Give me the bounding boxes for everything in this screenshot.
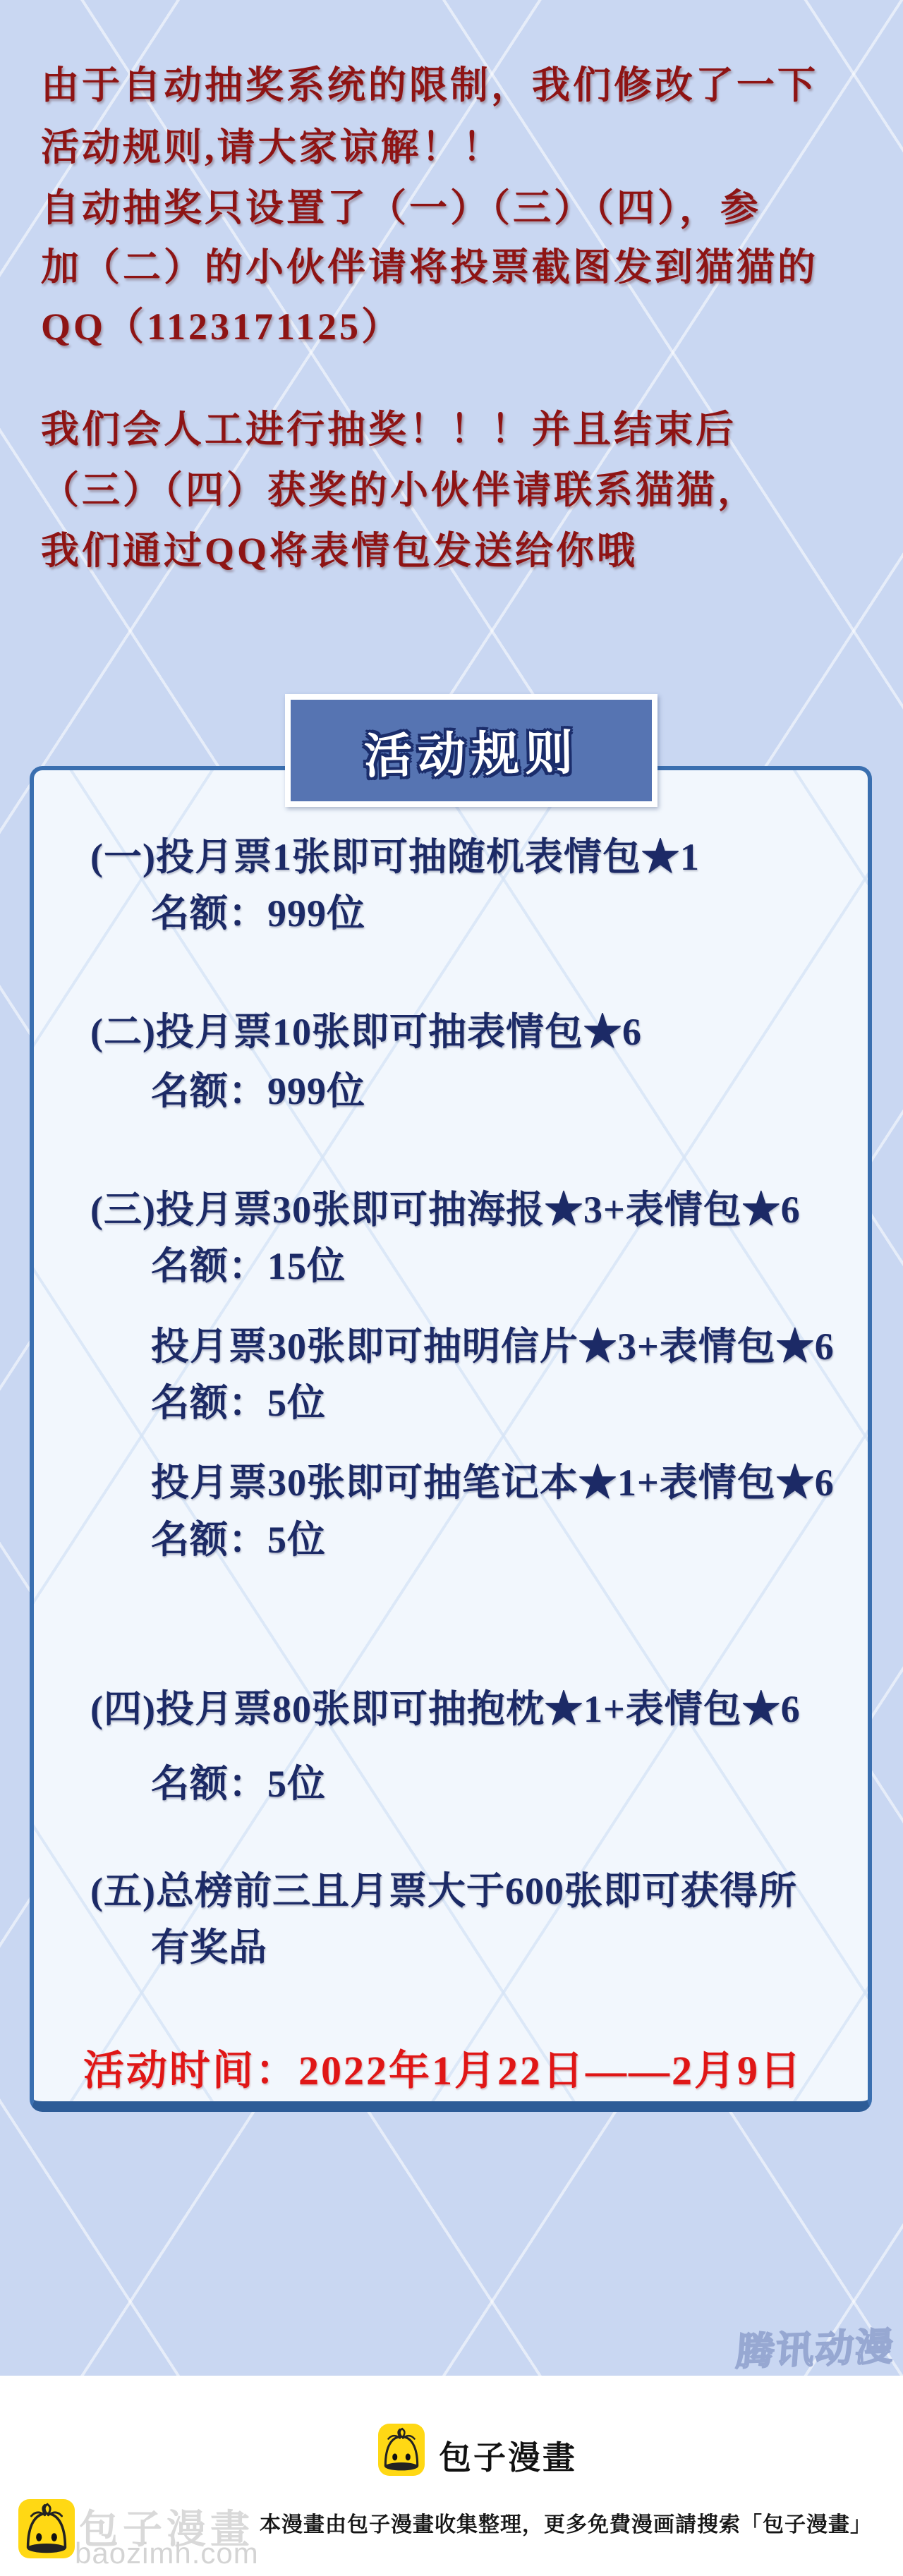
announcement-page: 由于自动抽奖系统的限制，我们修改了一下 活动规则,请大家谅解！！ 自动抽奖只设置… [0,0,903,2576]
rules-header-title: 活动规则 [363,715,579,786]
rule-item-4-title: (四)投月票80张即可抽抱枕★1+表情包★6 [90,1689,801,1730]
rule-item-3b-title: 投月票30张即可抽明信片★3+表情包★6 [151,1326,835,1368]
intro-line-8: 我们通过QQ将表情包发送给你哦 [41,530,638,572]
intro-line-4: 加（二）的小伙伴请将投票截图发到猫猫的 [41,247,818,288]
intro-line-1: 由于自动抽奖系统的限制，我们修改了一下 [41,65,818,107]
rule-item-5-quota: 有奖品 [151,1927,267,1969]
rule-item-3c-quota: 名额：5位 [151,1519,326,1561]
event-time-text: 活动时间：2022年1月22日——2月9日 [83,2037,803,2096]
baozi-corner-logo-icon [18,2499,75,2558]
footer-note-text: 本漫畫由包子漫畫收集整理，更多免費漫画請搜索「包子漫畫」 [260,2507,872,2538]
rules-header-box: 活动规则 [285,694,657,807]
rule-item-1-quota: 名额：999位 [151,893,365,935]
rule-item-4-quota: 名额：5位 [151,1763,326,1805]
intro-line-7: （三）（四）获奖的小伙伴请联系猫猫， [41,470,758,511]
baozi-watermark-domain: baozimh.com [75,2536,259,2570]
baozi-brand-name: 包子漫畫 [439,2432,577,2479]
rule-item-5-title: (五)总榜前三且月票大于600张即可获得所 [90,1871,797,1912]
intro-line-6: 我们会人工进行抽奖！！！并且结束后 [41,409,737,451]
rule-item-3b-quota: 名额：5位 [151,1383,326,1424]
rule-item-2-quota: 名额：999位 [151,1071,365,1112]
rule-item-3-quota: 名额：15位 [151,1246,346,1287]
rule-item-2-title: (二)投月票10张即可抽表情包★6 [90,1011,642,1053]
rule-item-3-title: (三)投月票30张即可抽海报★3+表情包★6 [90,1189,801,1231]
intro-line-5: QQ（1123171125） [41,306,402,348]
intro-line-2: 活动规则,请大家谅解！！ [41,127,504,169]
baozi-logo-icon [378,2424,425,2476]
rule-item-1-title: (一)投月票1张即可抽随机表情包★1 [90,837,700,878]
tencent-anime-watermark: 腾讯动漫 [734,2316,897,2376]
intro-line-3: 自动抽奖只设置了（一）（三）（四），参 [41,188,761,229]
rule-item-3c-title: 投月票30张即可抽笔记本★1+表情包★6 [151,1462,835,1504]
